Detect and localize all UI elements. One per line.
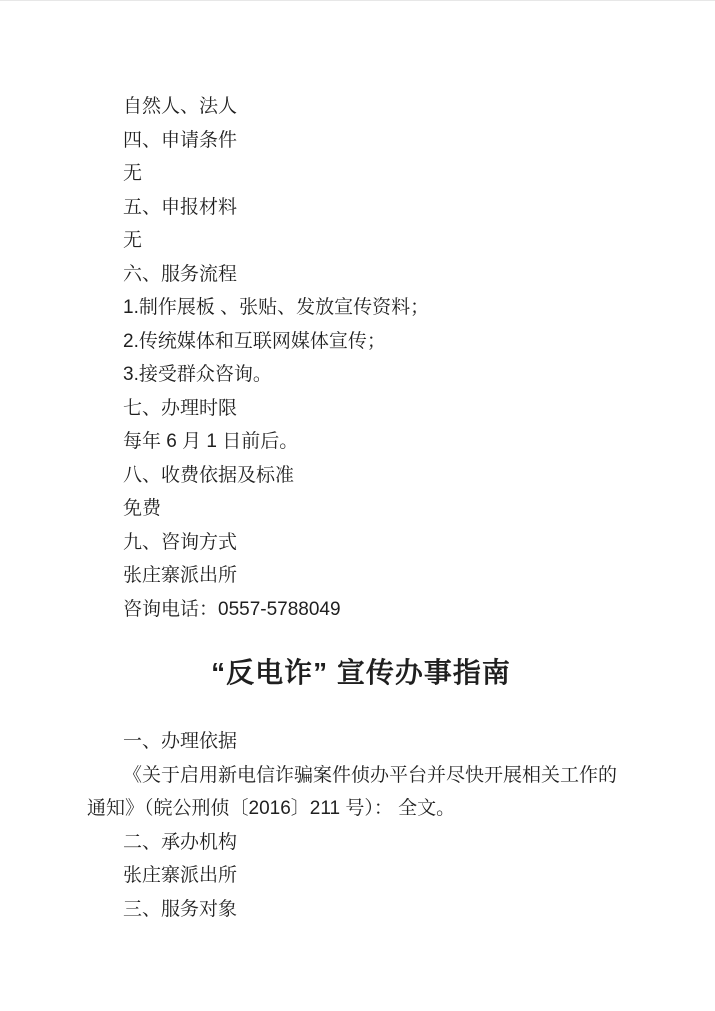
- section-heading: 九、咨询方式: [87, 526, 635, 560]
- section-heading: 一、办理依据: [87, 725, 635, 759]
- doc-line: 张庄寨派出所: [87, 859, 635, 893]
- document-title: “反电诈” 宣传办事指南: [87, 653, 635, 693]
- section-heading: 二、承办机构: [87, 826, 635, 860]
- list-item: 2.传统媒体和互联网媒体宣传；: [87, 325, 635, 359]
- paragraph-line: 通知》（皖公刑侦〔2016〕211 号）： 全文。: [87, 792, 635, 826]
- section-heading: 八、收费依据及标准: [87, 459, 635, 493]
- paragraph-line: 《关于启用新电信诈骗案件侦办平台并尽快开展相关工作的: [87, 759, 635, 793]
- section-heading: 五、申报材料: [87, 191, 635, 225]
- doc-line: 无: [87, 224, 635, 258]
- list-item: 3.接受群众咨询。: [87, 358, 635, 392]
- phone-line: 咨询电话：0557-5788049: [87, 593, 635, 627]
- page-top-edge: [0, 0, 715, 1]
- doc-line: 免费: [87, 492, 635, 526]
- section-heading: 六、服务流程: [87, 258, 635, 292]
- document-page: 自然人、法人 四、申请条件 无 五、申报材料 无 六、服务流程 1.制作展板 、…: [0, 0, 715, 926]
- doc-line: 每年 6 月 1 日前后。: [87, 425, 635, 459]
- section-heading: 七、办理时限: [87, 392, 635, 426]
- section-heading: 三、服务对象: [87, 893, 635, 927]
- section-heading: 四、申请条件: [87, 124, 635, 158]
- doc-line: 自然人、法人: [87, 90, 635, 124]
- doc-line: 张庄寨派出所: [87, 559, 635, 593]
- doc-line: 无: [87, 157, 635, 191]
- list-item: 1.制作展板 、张贴、发放宣传资料；: [87, 291, 635, 325]
